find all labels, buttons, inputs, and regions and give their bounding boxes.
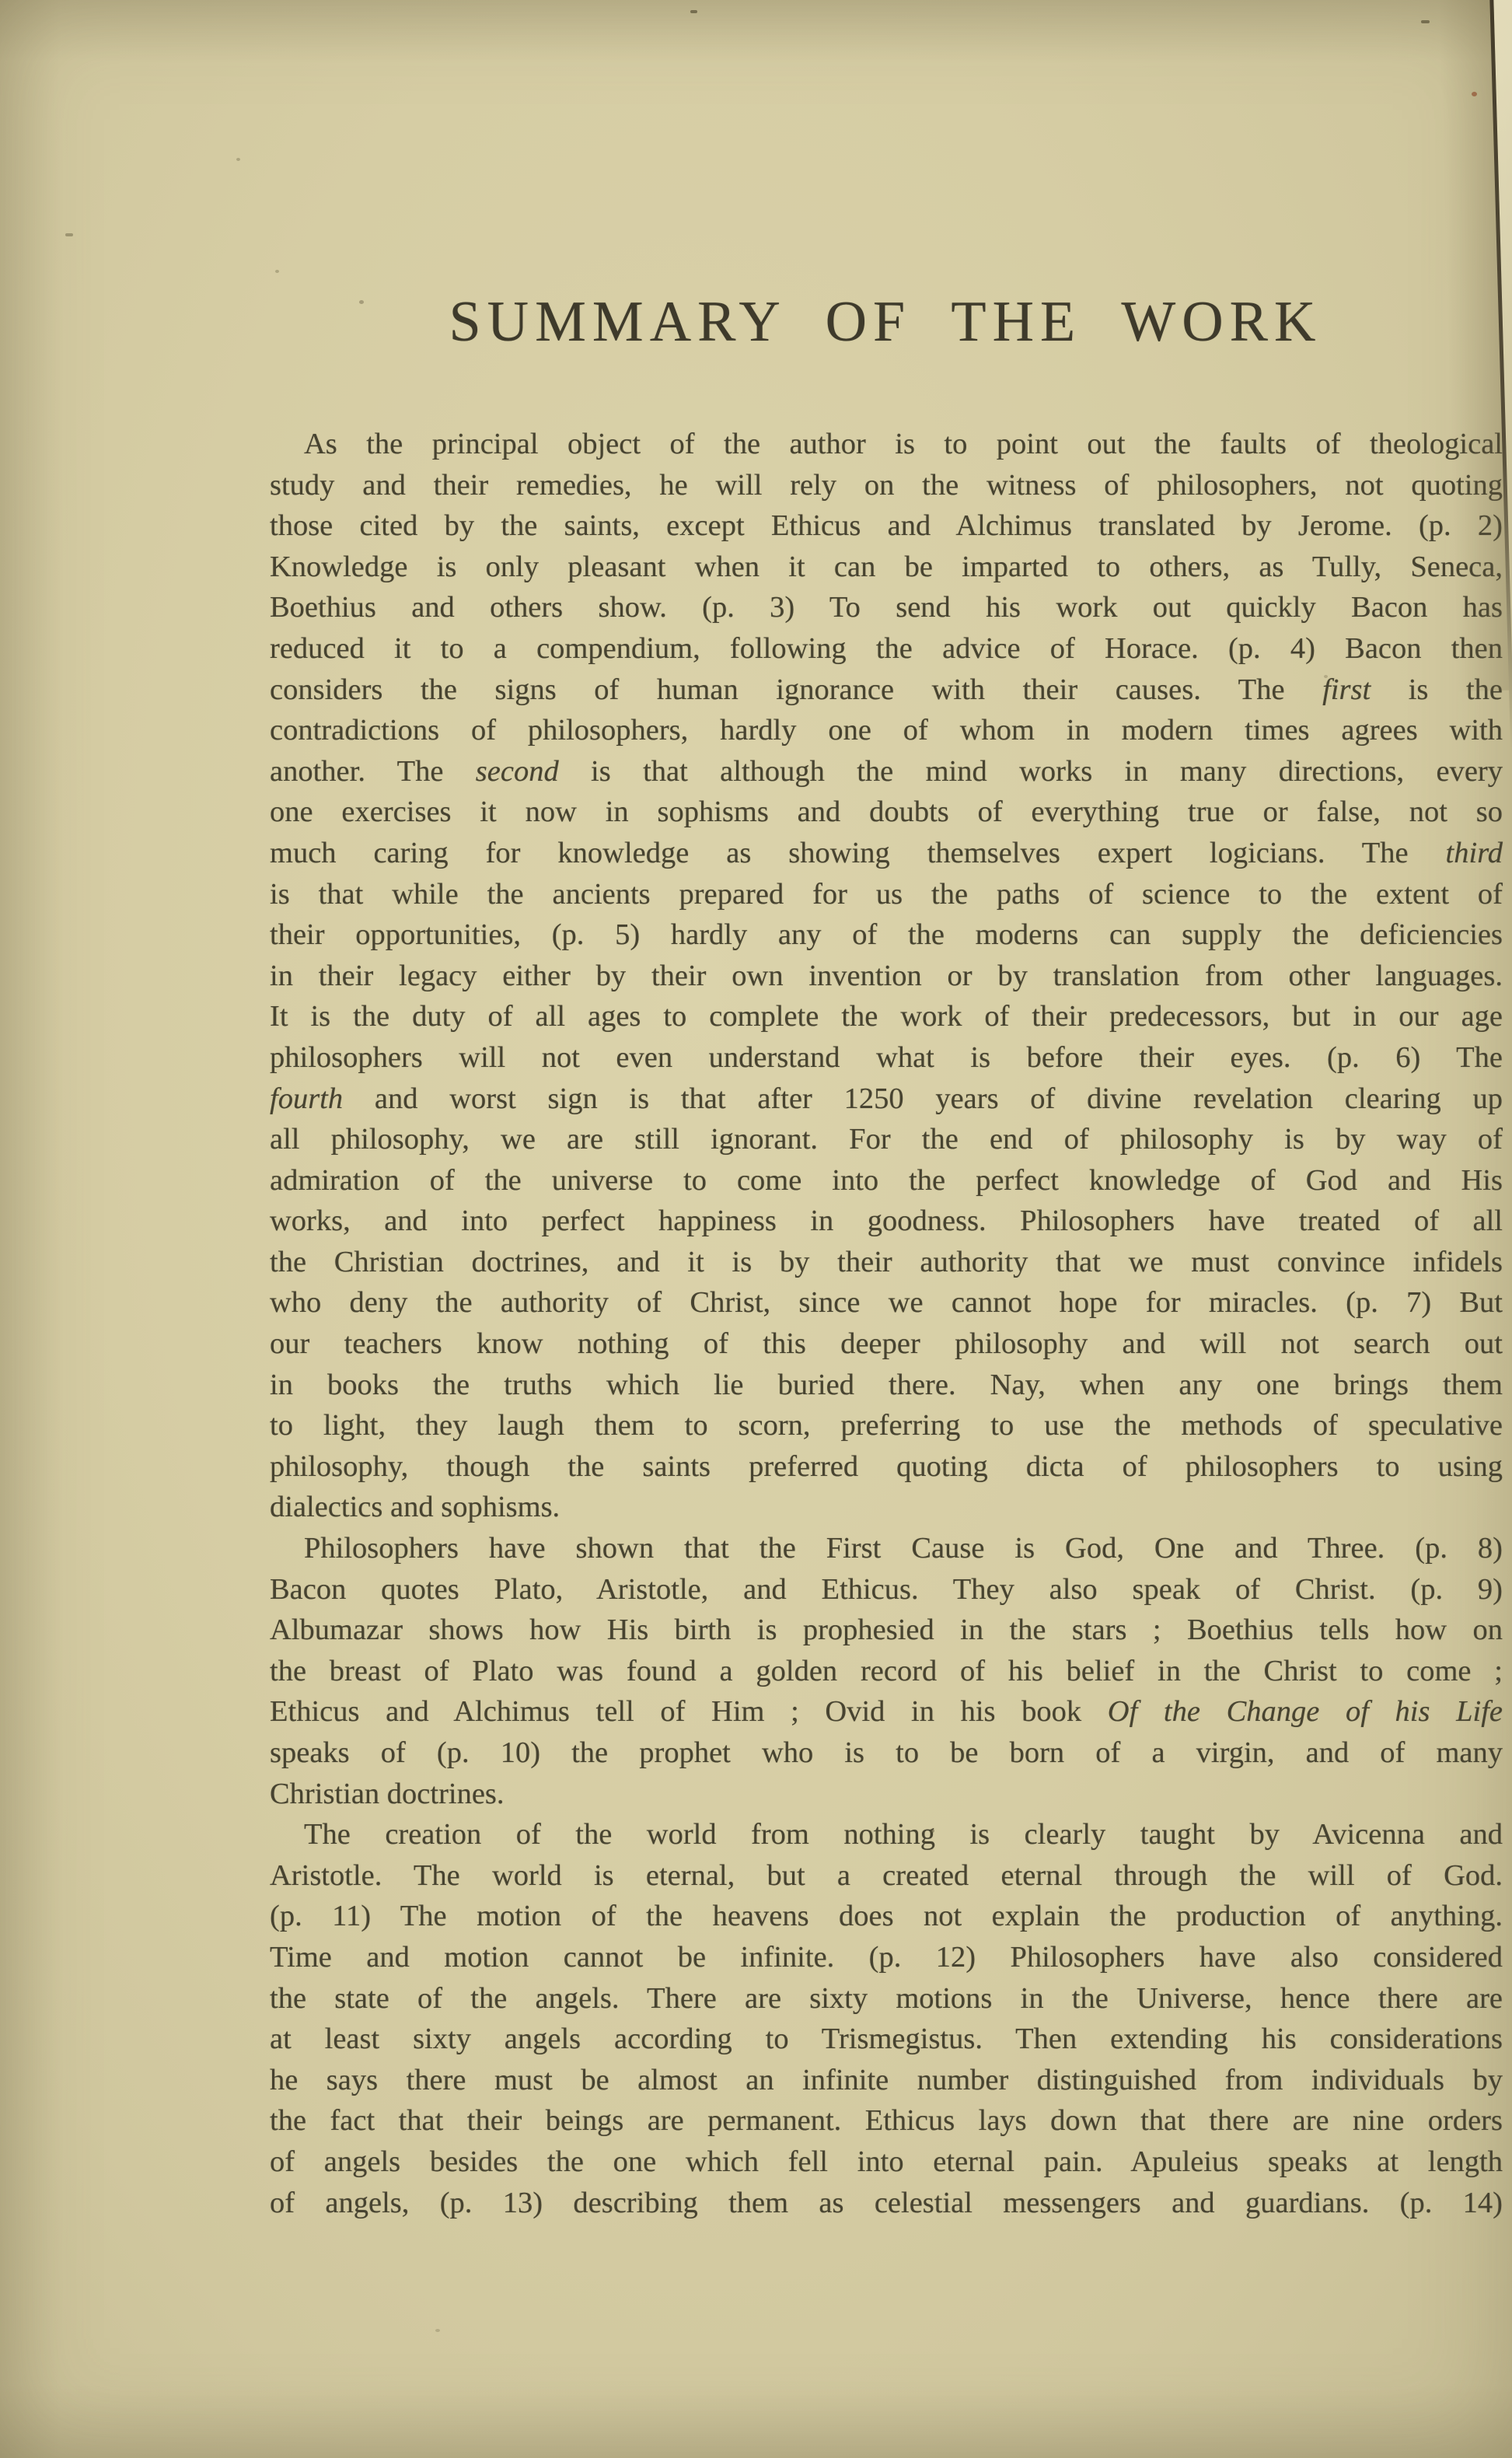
text-line: contradictions of philosophers, hardly o… xyxy=(270,710,1503,751)
text-line: Albumazar shows how His birth is prophes… xyxy=(270,1610,1503,1651)
text-line: dialectics and sophisms. xyxy=(270,1487,1503,1528)
text-line: much caring for knowledge as showing the… xyxy=(270,833,1503,874)
text-line: one exercises it now in sophisms and dou… xyxy=(270,792,1503,833)
text-line: the breast of Plato was found a golden r… xyxy=(270,1651,1503,1692)
text-line: at least sixty angels according to Trism… xyxy=(270,2019,1503,2060)
text-line: who deny the authority of Christ, since … xyxy=(270,1282,1503,1323)
text-line: to light, they laugh them to scorn, pref… xyxy=(270,1405,1503,1446)
text-line: philosophers will not even understand wh… xyxy=(270,1037,1503,1079)
paper-speck xyxy=(1421,20,1430,23)
text-line: admiration of the universe to come into … xyxy=(270,1160,1503,1201)
text-line: of angels besides the one which fell int… xyxy=(270,2142,1503,2183)
text-line: of angels, (p. 13) describing them as ce… xyxy=(270,2183,1503,2224)
text-line: he says there must be almost an infinite… xyxy=(270,2060,1503,2101)
text-line: As the principal object of the author is… xyxy=(270,424,1503,465)
text-line: Christian doctrines. xyxy=(270,1774,1503,1815)
text-line: Ethicus and Alchimus tell of Him ; Ovid … xyxy=(270,1691,1503,1732)
page-text: As the principal object of the author is… xyxy=(270,424,1503,2223)
text-line: all philosophy, we are still ignorant. F… xyxy=(270,1119,1503,1160)
text-line: in their legacy either by their own inve… xyxy=(270,956,1503,997)
paper-speck xyxy=(435,2329,440,2332)
text-line: Aristotle. The world is eternal, but a c… xyxy=(270,1855,1503,1897)
text-line: is that while the ancients prepared for … xyxy=(270,874,1503,915)
text-line: works, and into perfect happiness in goo… xyxy=(270,1201,1503,1242)
paper-speck xyxy=(236,158,240,161)
text-line: study and their remedies, he will rely o… xyxy=(270,465,1503,506)
text-line: It is the duty of all ages to complete t… xyxy=(270,996,1503,1037)
text-line: another. The second is that although the… xyxy=(270,751,1503,792)
text-line: in books the truths which lie buried the… xyxy=(270,1365,1503,1406)
book-page: SUMMARY OF THE WORK As the principal obj… xyxy=(0,0,1512,2458)
text-line: the state of the angels. There are sixty… xyxy=(270,1978,1503,2019)
text-line: The creation of the world from nothing i… xyxy=(270,1814,1503,1855)
text-line: (p. 11) The motion of the heavens does n… xyxy=(270,1896,1503,1937)
text-line: their opportunities, (p. 5) hardly any o… xyxy=(270,914,1503,956)
text-line: those cited by the saints, except Ethicu… xyxy=(270,505,1503,547)
text-line: Boethius and others show. (p. 3) To send… xyxy=(270,587,1503,628)
text-line: our teachers know nothing of this deeper… xyxy=(270,1323,1503,1365)
paper-speck xyxy=(275,270,279,273)
text-line: fourth and worst sign is that after 1250… xyxy=(270,1079,1503,1120)
text-line: Bacon quotes Plato, Aristotle, and Ethic… xyxy=(270,1569,1503,1610)
text-line: Time and motion cannot be infinite. (p. … xyxy=(270,1937,1503,1978)
text-line: speaks of (p. 10) the prophet who is to … xyxy=(270,1732,1503,1774)
paper-speck xyxy=(1324,675,1328,678)
text-line: philosophy, though the saints preferred … xyxy=(270,1446,1503,1488)
text-line: the Christian doctrines, and it is by th… xyxy=(270,1242,1503,1283)
text-line: the fact that their beings are permanent… xyxy=(270,2100,1503,2142)
paper-speck xyxy=(690,10,697,13)
paper-speck xyxy=(65,233,73,236)
page-title: SUMMARY OF THE WORK xyxy=(268,289,1503,355)
text-line: reduced it to a compendium, following th… xyxy=(270,628,1503,670)
text-line: Philosophers have shown that the First C… xyxy=(270,1528,1503,1569)
paper-speck xyxy=(359,300,364,304)
paper-speck xyxy=(1472,92,1477,96)
paper-speck xyxy=(931,1829,934,1833)
text-line: Knowledge is only pleasant when it can b… xyxy=(270,547,1503,588)
text-line: considers the signs of human ignorance w… xyxy=(270,670,1503,711)
